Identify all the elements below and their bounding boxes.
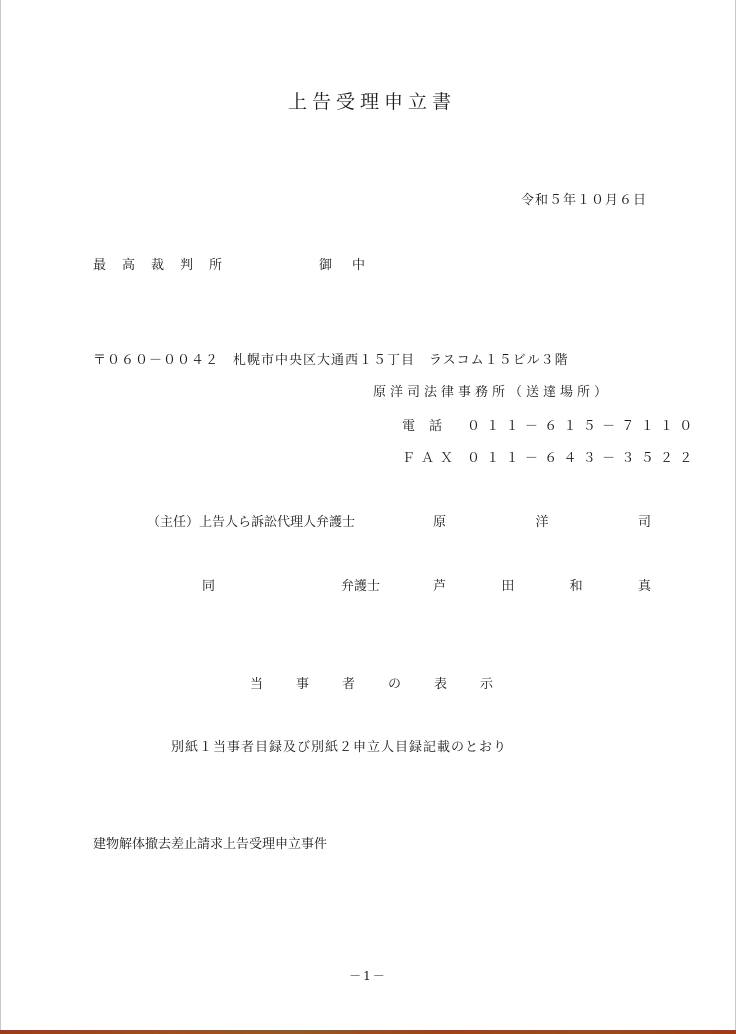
- document-title: 上告受理申立書: [1, 93, 736, 111]
- name-char: 洋: [535, 514, 548, 532]
- fax-label: ＦＡＸ: [402, 450, 459, 468]
- parties-section-text: 別紙１当事者目録及び別紙２申立人目録記載のとおり: [171, 739, 507, 757]
- telephone-label: 電話: [402, 418, 456, 436]
- lead-attorney-role: （主任）上告人ら訴訟代理人弁護士: [147, 514, 355, 532]
- law-firm-name: 原洋司法律事務所（送達場所）: [373, 384, 611, 402]
- addressee-honorific: 御中: [319, 257, 385, 275]
- sender-address: 〒０６０－００４２ 札幌市中央区大通西１５丁目 ラスコム１５ビル３階: [93, 352, 569, 370]
- second-attorney-name: 芦 田 和 真: [433, 578, 651, 596]
- lead-attorney-name: 原 洋 司: [433, 514, 651, 532]
- name-char: 原: [433, 514, 446, 532]
- telephone-number: ０１１－６１５－７１１０: [467, 418, 699, 436]
- fax-number: ０１１－６４３－３５２２: [467, 450, 699, 468]
- case-name: 建物解体撤去差止請求上告受理申立事件: [93, 836, 327, 854]
- name-char: 田: [501, 578, 514, 596]
- name-char: 芦: [433, 578, 446, 596]
- window-bottom-edge: [0, 1030, 736, 1034]
- addressee-court: 最高裁判所: [93, 257, 238, 275]
- name-char: 司: [638, 514, 651, 532]
- filing-date: 令和５年１０月６日: [521, 192, 647, 210]
- document-page: 上告受理申立書 令和５年１０月６日 最高裁判所 御中 〒０６０－００４２ 札幌市…: [0, 0, 736, 1030]
- name-char: 和: [570, 578, 583, 596]
- page-number: －1－: [1, 967, 735, 985]
- parties-section-heading: 当事者の表示: [250, 676, 526, 694]
- second-attorney-role: 弁護士: [341, 578, 380, 596]
- name-char: 真: [638, 578, 651, 596]
- second-attorney-role-prefix: 同: [202, 578, 215, 596]
